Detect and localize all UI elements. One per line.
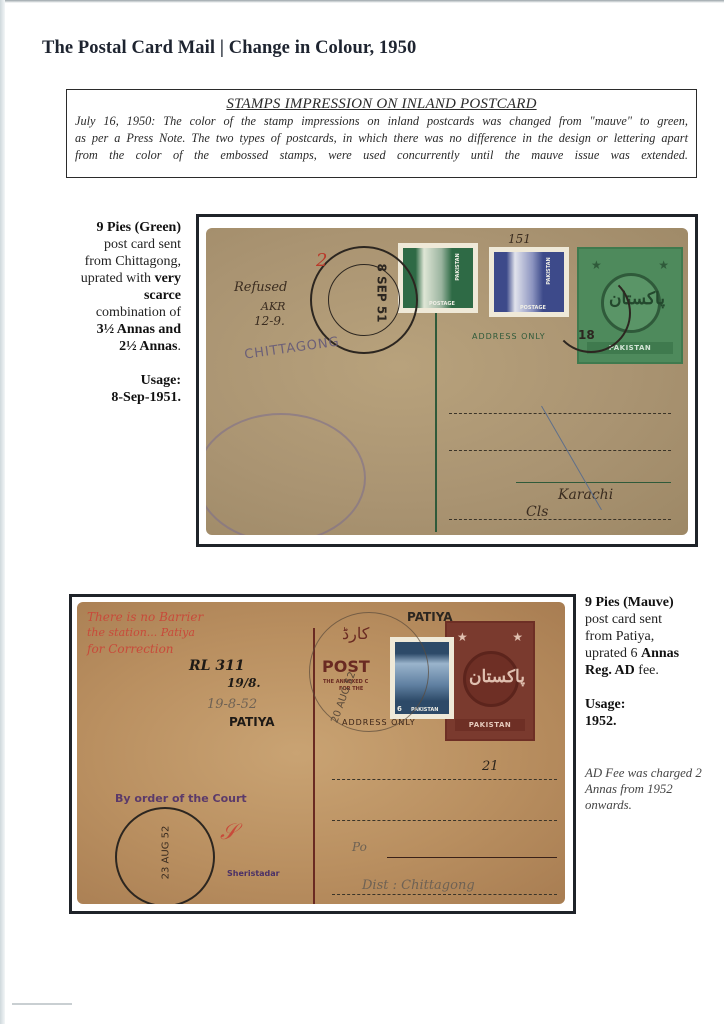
usage-label: Usage: <box>585 697 625 712</box>
address-line <box>332 894 557 895</box>
stamp-country: PAKISTAN <box>454 253 460 281</box>
violet-seal <box>206 413 366 535</box>
caption-mauve-card: 9 Pies (Mauve) post card sent from Patiy… <box>585 594 715 730</box>
caption-text: post card sent <box>104 237 181 252</box>
address-line <box>387 857 557 858</box>
star-icon: ★ <box>457 631 468 643</box>
indicium-urdu: پاکستان <box>469 667 525 687</box>
ad-fee-note: AD Fee was charged 2 Annas from 1952 onw… <box>585 765 715 813</box>
caption-text: fee. <box>635 663 659 678</box>
caption-bold: 2½ Annas <box>119 339 177 354</box>
caption-green-card: 9 Pies (Green) post card sent from Chitt… <box>60 219 181 406</box>
stamp-label: POSTAGE <box>429 301 455 307</box>
stamp-country: PAKISTAN <box>545 257 551 285</box>
address-cls: Cls <box>526 504 548 520</box>
caption-bold: Annas <box>641 646 679 661</box>
red-mark: 2 <box>316 250 327 271</box>
sheristadar-stamp: Sheristadar <box>227 869 280 878</box>
caption-title: 9 Pies (Mauve) <box>585 595 674 610</box>
second-postmark-date: 18 <box>578 328 595 342</box>
refused-note: Refused <box>234 280 287 295</box>
destination: Karachi <box>558 487 613 503</box>
address-line <box>332 820 557 821</box>
caption-text: combination of <box>96 305 181 320</box>
star-icon: ★ <box>591 259 602 271</box>
indicium-country: PAKISTAN <box>455 719 525 731</box>
usage-label: Usage: <box>141 373 181 388</box>
mauve-indicium: ★ ★ پاکستان PAKISTAN <box>445 621 535 741</box>
caption-text: post card sent <box>585 612 662 627</box>
reg-number: RL 311 <box>189 658 245 674</box>
red-note: the station... Patiya <box>87 626 195 639</box>
postcard-mauve: POST کارڈ THE ANNEXED C FOR THE ADDRESS … <box>77 602 565 904</box>
card-divider <box>435 310 437 532</box>
red-note: There is no Barrier <box>87 610 203 624</box>
patiya-cachet: PATIYA <box>229 715 275 729</box>
patiya-postmark <box>309 612 429 732</box>
usage-value: 8-Sep-1951. <box>111 390 181 405</box>
caption-text: . <box>178 339 182 354</box>
caption-bold: Reg. AD <box>585 663 635 678</box>
red-note: for Correction <box>87 642 174 656</box>
chittagong-postmark-inner <box>328 264 400 336</box>
postmark-date: 8 SEP 51 <box>375 263 389 322</box>
reg-date: 19/8. <box>227 676 261 690</box>
caption-bold: scarce <box>144 288 181 303</box>
patiya-postmark-text: PATIYA <box>407 610 453 624</box>
address-line <box>516 482 671 483</box>
address-line <box>449 413 671 414</box>
address-line <box>449 519 671 520</box>
date-note: 19-8-52 <box>207 697 257 712</box>
order-text: By order of the Court <box>115 792 247 805</box>
intro-line-3: from the color of the embossed stamps, w… <box>75 147 688 164</box>
page-title: The Postal Card Mail | Change in Colour,… <box>42 38 416 59</box>
postcard-frame-mauve: POST کارڈ THE ANNEXED C FOR THE ADDRESS … <box>69 594 576 914</box>
caption-title: 9 Pies (Green) <box>97 220 182 235</box>
caption-text: uprated with <box>81 271 155 286</box>
page-bottom-mark <box>12 1003 72 1005</box>
intro-heading: STAMPS IMPRESSION ON INLAND POSTCARD <box>75 96 688 113</box>
caption-bold: 3½ Annas and <box>97 322 181 337</box>
postcard-frame-green: ADDRESS ONLY ★ ★ پاکستان PAKISTAN PAKIST… <box>196 214 698 547</box>
address-line <box>332 779 557 780</box>
district-label: Dist : Chittagong <box>362 878 475 893</box>
caption-text: uprated 6 <box>585 646 641 661</box>
star-icon: ★ <box>512 631 523 643</box>
page-left-edge <box>0 0 5 1024</box>
usage-value: 1952. <box>585 714 617 729</box>
intro-line-1: July 16, 1950: The color of the stamp im… <box>75 113 688 130</box>
star-icon: ★ <box>658 259 669 271</box>
refused-initials: AKR <box>261 300 285 313</box>
arrival-postmark-date: 23 AUG 52 <box>160 826 171 880</box>
caption-bold: very <box>155 271 181 286</box>
address-only-label: ADDRESS ONLY <box>472 332 546 341</box>
stamp-label: POSTAGE <box>520 305 546 311</box>
address-line <box>449 450 671 451</box>
red-signature: 𝒮 <box>220 820 237 845</box>
caption-text: from Patiya, <box>585 629 654 644</box>
caption-text: from Chittagong, <box>85 254 181 269</box>
intro-line-2: as per a Press Note. The two types of po… <box>75 130 688 147</box>
po-label: Po <box>352 840 367 854</box>
address-number: 21 <box>482 759 499 774</box>
intro-box: STAMPS IMPRESSION ON INLAND POSTCARD Jul… <box>66 89 697 178</box>
postcard-green: ADDRESS ONLY ★ ★ پاکستان PAKISTAN PAKIST… <box>206 228 688 535</box>
refused-date: 12-9. <box>254 314 285 328</box>
card-number: 151 <box>508 232 531 246</box>
page-top-edge <box>0 0 724 3</box>
chittagong-cachet: CHITTAGONG <box>243 334 340 362</box>
